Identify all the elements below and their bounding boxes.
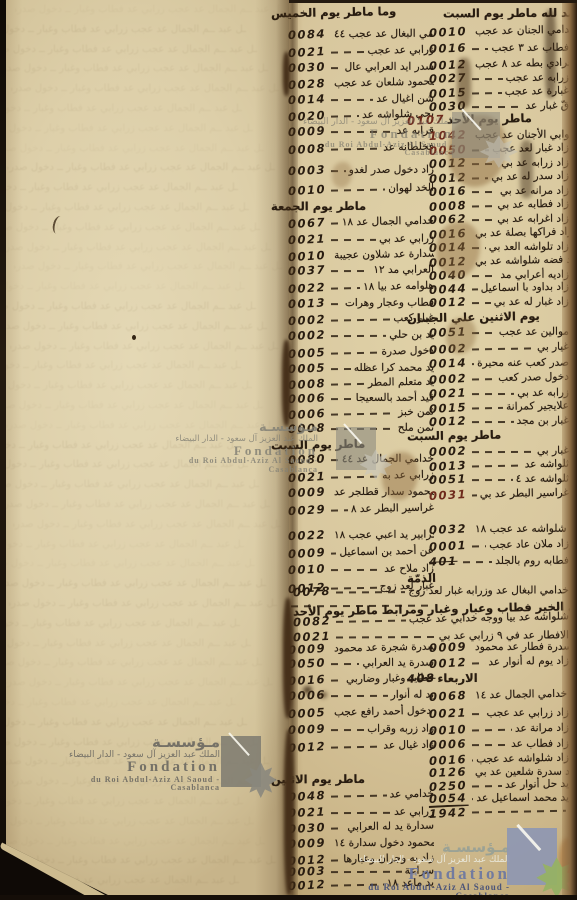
- row-amount: 0068: [429, 689, 469, 704]
- ledger-row: 0021زرابي عد عجب: [288, 43, 434, 61]
- row-dashes: [472, 545, 486, 547]
- ghost-line: ـل عبد ــم الجمال عد عجب زرابي عد فطاب و…: [0, 638, 251, 649]
- row-text: زاد غبار له عد بي: [494, 296, 569, 309]
- row-text: فطابه روم بالجلد: [495, 555, 569, 568]
- ghost-line: ـل عبد ــم الجمال عد عجب زرابي عد فطاب و…: [0, 380, 252, 391]
- ink-smear: [457, 58, 471, 108]
- ink-dot: [132, 335, 136, 340]
- gutter-blot: [283, 52, 290, 96]
- ghost-line: ـل عبد ــم الجمال عد عجب زرابي عد فطاب و…: [0, 222, 260, 233]
- row-text: موالين عد عجب: [499, 326, 569, 339]
- ledger-row: 0014صدر كعب عنه محيرة: [429, 356, 569, 372]
- row-amount: 0002: [429, 444, 469, 459]
- row-text: سدارة عد شلاون عجيبة: [334, 248, 434, 263]
- ledger-row: 0005دخول صدرة: [288, 344, 434, 362]
- scan-bottom-edge: [0, 895, 577, 900]
- row-dashes: [331, 382, 365, 385]
- ledger-row: 0009يد محمود دخول سدارة ١٤: [288, 836, 434, 852]
- foundation-logo: [336, 427, 392, 480]
- ghost-line: ـل عبد ــم الجمال عد عجب زرابي عد فطاب و…: [0, 143, 264, 154]
- row-text: زرابي عد بي: [379, 233, 434, 246]
- row-dashes: [331, 859, 340, 861]
- row-text: العرابي مد ١٢: [373, 264, 434, 277]
- row-dashes: [472, 191, 497, 193]
- row-dashes: [472, 378, 495, 380]
- row-text: زاد دخول أحمد رافع عجب: [334, 704, 434, 719]
- row-text: غراسير البطر عد بي: [480, 487, 569, 502]
- ghost-line: ـل عبد ــم الجمال عد عجب زرابي عد فطاب و…: [15, 4, 283, 15]
- row-dashes: [472, 713, 483, 715]
- ghost-line: ـل عبد ــم الجمال عد عجب زرابي عد فطاب و…: [0, 281, 245, 292]
- pen-mark: [51, 215, 66, 235]
- ledger-row: 0003زاد دخول صدر لغدو: [288, 163, 434, 179]
- row-dashes: [331, 318, 390, 321]
- row-dashes: [331, 188, 385, 191]
- foundation-logo: [452, 112, 518, 168]
- ledger-row: 0009زاد سدرة شجرة عد محمود: [288, 640, 434, 658]
- ghost-line: ـل عبد ــم الجمال عد عجب زرابي عد فطاب و…: [0, 578, 266, 589]
- ledger-row: 0010سدارة عد شلاون عجيبة: [288, 247, 434, 265]
- row-amount: 408: [407, 672, 438, 686]
- ledger-row: 0012يد ماعد ١٨: [288, 876, 434, 894]
- ledger-row: 0014شن اغيال عد: [288, 92, 434, 108]
- ledger-row: 0002دخول صدر كعب: [429, 370, 569, 388]
- ledger-row: 0022خرابير يد اعبي عجب ١٨: [288, 528, 434, 544]
- row-text: الاربعاء: [437, 672, 477, 685]
- ledger-row: 0051ثلواشه عد ٤: [429, 472, 569, 488]
- row-text: يد ماعد ١٨: [387, 877, 434, 891]
- ledger-row: 0032زاد شلواشه عد عجب ١٨: [429, 522, 569, 538]
- row-dashes: [331, 222, 339, 224]
- row-text: زاد فطاب عد: [511, 738, 569, 751]
- ledger-row: 0012زاد غبار له عد بي: [429, 295, 569, 311]
- ink-smear: [520, 140, 533, 198]
- row-text: فطاب عد ٣ عجب: [491, 42, 569, 55]
- row-dashes: [331, 694, 388, 696]
- ledger-row: 0002يد بن حلي: [288, 328, 434, 344]
- row-text: زاد غيال عد: [383, 739, 434, 753]
- ledger-row: 0037العرابي مد ١٢: [288, 263, 434, 279]
- row-text: زاد دخول صدر لغدو: [349, 164, 434, 177]
- row-dashes: [472, 219, 494, 221]
- row-dashes: [472, 784, 502, 787]
- row-text: غراسير البطر عد ٨: [351, 502, 434, 517]
- row-amount: 0002: [429, 372, 469, 387]
- ledger-row: 0078خدامي البغال عد وزرابه غبار لعد زوج: [293, 583, 569, 599]
- ledger-row: 401فطابه روم بالجلد: [429, 554, 569, 570]
- row-text: يد محمود دخول سدارة ١٤: [334, 837, 434, 851]
- ledger-row: 0048خدامي عد: [288, 787, 434, 805]
- ledger-row: 0031غراسير البطر عد بي: [429, 486, 569, 504]
- row-dashes: [472, 662, 485, 664]
- row-amount: 401: [429, 555, 460, 569]
- row-dashes: [472, 798, 473, 800]
- row-amount: 0051: [429, 472, 469, 487]
- ghost-line: ـل عبد ــم الجمال عد عجب زرابي عد فطاب و…: [0, 24, 246, 35]
- row-dashes: [472, 759, 473, 761]
- row-dashes: [331, 98, 373, 100]
- row-dashes: [331, 679, 343, 681]
- row-dashes: [331, 883, 384, 886]
- row-dashes: [331, 147, 380, 150]
- row-amount: 0010: [429, 25, 469, 40]
- row-dashes: [463, 561, 493, 563]
- row-dashes: [331, 368, 351, 370]
- row-amount: 0032: [429, 522, 469, 537]
- row-dashes: [472, 494, 477, 496]
- ledger-row: 0005زاد دخول أحمد رافع عجب: [288, 704, 434, 722]
- ledger-row: 0008يد متعلم المطر: [288, 375, 434, 393]
- row-dashes: [331, 568, 381, 570]
- row-dashes: [336, 591, 405, 593]
- row-dashes: [336, 635, 436, 638]
- ghost-line: ـل عبد ــم الجمال عد عجب زرابي عد فطاب و…: [0, 657, 262, 668]
- row-text: زاد فراكها بصلة عد بي: [475, 226, 569, 241]
- ghost-line: ـل عبد ــم الجمال عد عجب زرابي عد فطاب و…: [0, 459, 248, 470]
- ledger-row: 0068اول خدامي الجمال عد ١٤: [429, 687, 569, 705]
- row-text: عن أحمد بن اسماعيل: [339, 545, 434, 560]
- ghost-line: ـل عبد ــم الجمال عد عجب زرابي عد فطاب و…: [9, 598, 277, 609]
- row-dashes: [472, 363, 474, 365]
- row-dashes: [331, 728, 364, 730]
- ghost-line: ـل عبد ــم الجمال عد عجب زرابي عد فطاب و…: [14, 261, 282, 272]
- row-amount: 0012: [429, 656, 469, 671]
- row-dashes: [472, 77, 503, 79]
- ghost-line: ـل عبد ــم الجمال عد عجب زرابي عد فطاب و…: [0, 539, 244, 550]
- ghost-line: ـل عبد ــم الجمال عد عجب زرابي عد فطاب و…: [0, 796, 243, 807]
- row-amount: 0107: [407, 113, 448, 128]
- row-dashes: [472, 275, 497, 277]
- ghost-line: ـل عبد ــم الجمال عد عجب زرابي عد فطاب و…: [7, 162, 275, 173]
- ledger-row: 0012زاد يوم له أنوار عد: [429, 654, 569, 672]
- row-text: زاد شلواشه عد عجب ١٨: [475, 523, 569, 537]
- row-text: غبارة عد عجب: [505, 85, 569, 99]
- ledger-row: 0006زاد فطاب عد: [429, 737, 569, 753]
- ledger-row: 0008فخلطانه عد: [288, 140, 434, 158]
- ink-smear: [545, 10, 556, 98]
- ghost-line: ـل عبد ــم الجمال عد عجب زرابي عد فطاب و…: [0, 202, 249, 213]
- ledger-row: 0021زرابي عد بي: [288, 232, 434, 248]
- row-text: زاد فضه شلواشه عد بي: [475, 253, 569, 268]
- row-text: زاد بداود با اسماعيل: [481, 281, 569, 296]
- ghost-line: ـل عبد ــم الجمال عد عجب زرابي عد فطاب و…: [0, 737, 258, 748]
- ghost-line: ـل عبد ــم الجمال عد عجب زرابي عد فطاب و…: [11, 83, 279, 94]
- row-amount: 0001: [429, 539, 469, 554]
- row-text: خدامي البغال عد عجب ٤٤: [334, 28, 434, 42]
- row-dashes: [472, 48, 488, 50]
- row-amount: 0009: [429, 640, 469, 655]
- ledger-row: 0030سدر ايد العرابي عال: [288, 60, 434, 76]
- row-dashes: [331, 351, 378, 354]
- row-dashes: [331, 303, 342, 305]
- row-text: خدامي عد: [389, 788, 434, 802]
- ghost-line: ـل عبد ــم الجمال عد عجب زرابي عد فطاب و…: [0, 123, 253, 134]
- ghost-line: ـل عبد ــم الجمال عد عجب زرابي عد فطاب و…: [0, 63, 268, 74]
- row-text: زاد فطابه عد بي: [497, 198, 569, 212]
- manuscript-scan: ـل عبد ــم الجمال عد عجب زرابي عد فطاب و…: [0, 0, 577, 900]
- row-dashes: [331, 552, 336, 554]
- row-amount: 0006: [429, 737, 469, 752]
- row-dashes: [331, 398, 353, 400]
- row-dashes: [472, 478, 513, 480]
- right-page: وما ماطر يوم الخميس0084خدامي البغال عد ع…: [289, 0, 577, 900]
- row-dashes: [472, 406, 503, 409]
- row-text: الحمد لله ماطر يوم السبت: [443, 7, 577, 21]
- row-text: دخول صدرة: [381, 345, 434, 359]
- ghost-line: ـل عبد ــم الجمال عد عجب زرابي عد فطاب و…: [0, 301, 256, 312]
- ghost-line: ـل عبد ــم الجمال عد عجب زرابي عد فطاب و…: [0, 360, 241, 371]
- ghost-line: ـل عبد ــم الجمال عد عجب زرابي عد فطاب و…: [13, 519, 281, 530]
- ledger-row: 0022هلوامه عد بيا ١٨: [288, 279, 434, 297]
- ledger-row: 0030سدارة يد له العرابي: [288, 819, 434, 837]
- ghost-line: ـل عبد ــم الجمال عد عجب زرابي عد فطاب و…: [0, 717, 247, 728]
- ghost-line: ـل عبد ــم الجمال عد عجب زرابي عد فطاب و…: [0, 103, 242, 114]
- row-dashes: [331, 130, 394, 132]
- row-text: يد له أنوار: [391, 689, 434, 702]
- row-text: زاد مرانة عد: [515, 722, 569, 736]
- row-amount: 0014: [429, 356, 469, 371]
- row-text: سدر ايد العرابي عال: [345, 61, 434, 74]
- day-header-row: يوم الاثنين علي الجبنان: [407, 309, 547, 327]
- row-amount: 0012: [429, 295, 469, 310]
- ledger-row: 0028يد محمود شلعان عد عجب: [288, 75, 434, 93]
- ledger-row: 0050سدرة يد العرابي: [288, 656, 434, 672]
- row-text: اول خدامي الجمال عد ١٤: [475, 687, 569, 702]
- row-text: الخد لهوان: [388, 182, 434, 196]
- row-dashes: [472, 392, 514, 394]
- row-dashes: [331, 811, 391, 813]
- row-text: سدرة يد العرابي: [362, 657, 434, 670]
- ghost-line: ـل عبد ــم الجمال عد عجب زرابي عد فطاب و…: [10, 341, 278, 352]
- row-text: زاد سدرة شجرة عد محمود: [334, 640, 434, 655]
- ledger-row: 0013فطاب وعجار وهرات: [288, 296, 434, 312]
- row-text: زرابي عد عجب: [367, 44, 434, 58]
- row-dashes: [472, 420, 514, 422]
- row-amount: 0016: [429, 184, 469, 199]
- page-stack-edge: [562, 0, 577, 900]
- row-text: خدامي البغال عد وزرابه غبار لعد زوج: [408, 584, 569, 598]
- day-header-row: ماطر يوم السبت: [407, 427, 547, 445]
- row-dashes: [331, 334, 386, 336]
- ledger-row: 0029غراسير البطر عد ٨: [288, 501, 434, 519]
- row-dashes: [331, 745, 380, 748]
- ghost-line: ـل عبد ــم الجمال عد عجب زرابي عد فطاب و…: [0, 697, 236, 708]
- row-dashes: [472, 205, 495, 207]
- row-amount: 0012: [429, 414, 469, 429]
- row-amount: 0010: [429, 723, 469, 738]
- ghost-line: ـل عبد ــم الجمال عد عجب زرابي عد فطاب و…: [0, 44, 257, 55]
- row-text: يد محمد كرا عظله: [354, 362, 434, 375]
- row-text: زاد سدرة فطار عد محمود: [475, 641, 569, 655]
- ghost-line: ـل عبد ــم الجمال عد عجب زرابي عد فطاب و…: [2, 499, 270, 510]
- day-header-row: 408الاربعاء: [407, 671, 547, 687]
- row-dashes: [331, 663, 359, 665]
- row-amount: 0021: [429, 386, 469, 401]
- row-dashes: [472, 809, 566, 813]
- ledger-row: 1942: [429, 803, 569, 821]
- row-text: فخلطانه عد: [383, 141, 434, 155]
- ghost-line: ـل عبد ــم الجمال عد عجب زرابي عد فطاب و…: [3, 242, 271, 253]
- row-dashes: [331, 238, 376, 240]
- row-text: علايجير كمرانة: [506, 400, 569, 414]
- row-amount: 0016: [429, 41, 469, 56]
- ghost-line: ـل عبد ــم الجمال عد عجب زرابي عد فطاب و…: [0, 479, 259, 490]
- row-text: زاد يوم له أنوار عد: [488, 655, 569, 670]
- row-amount: 0021: [429, 706, 469, 721]
- ghost-line: ـل عبد ــم الجمال عد عجب زرابي عد فطاب و…: [0, 182, 238, 193]
- row-text: شن اغيال عد: [376, 93, 434, 106]
- ledger-row: 0009زاد سدرة فطار عد محمود: [429, 640, 569, 656]
- ledger-row: 0012زاد غيال عد: [288, 738, 434, 756]
- row-amount: 0031: [429, 488, 469, 503]
- row-dashes: [331, 827, 344, 829]
- gutter-blot: [283, 598, 293, 718]
- ghost-line: ـل عبد ــم الجمال عد عجب زرابي عد فطاب و…: [0, 400, 263, 411]
- ghost-line: ـل عبد ــم الجمال عد عجب زرابي عد فطاب و…: [8, 855, 276, 866]
- row-text: يد محمود شلعان عد عجب: [334, 75, 434, 90]
- row-text: زاد ملان عاد عجب: [489, 538, 569, 553]
- ghost-line: ـل عبد ــم الجمال عد عجب زرابي عد فطاب و…: [0, 618, 240, 629]
- row-dashes: [472, 288, 478, 290]
- row-text: خرابير يد اعبي عجب ١٨: [334, 529, 434, 543]
- ledger-row: 0009زاد زربه وقراب: [288, 722, 434, 738]
- row-text: زاد زربه وقراب: [367, 723, 434, 736]
- gutter-blot: [282, 340, 291, 426]
- row-dashes: [472, 743, 508, 745]
- ledger-row: 0010زاد مرانة عد: [429, 721, 569, 739]
- row-dashes: [472, 450, 534, 452]
- ledger-row: 0084خدامي البغال عد عجب ٤٤: [288, 27, 434, 43]
- row-text: صدر كعب عنه محيرة: [477, 357, 569, 370]
- ledger-row: 0010الخد لهوان: [288, 181, 434, 199]
- row-text: زاد زرابي عد عجب: [486, 707, 569, 720]
- ghost-line: ـل عبد ــم الجمال عد عجب زرابي عد فطاب و…: [0, 816, 254, 827]
- row-dashes: [331, 287, 360, 290]
- row-dashes: [472, 302, 491, 304]
- row-text: هلوامه عد بيا ١٨: [363, 280, 434, 294]
- row-text: دخول صدر كعب: [498, 371, 569, 385]
- ghost-line: ـل عبد ــم الجمال عد عجب زرابي عد فطاب و…: [0, 836, 265, 847]
- foundation-logo: [221, 736, 277, 798]
- row-text: يد بن حلي: [389, 329, 434, 342]
- row-dashes: [331, 115, 359, 118]
- ledger-row: 0067خدامي الجمال عد ١٨: [288, 214, 434, 232]
- scan-top-edge: [289, 0, 577, 3]
- row-text: خدامي الجمال عد ١٨: [342, 215, 434, 230]
- row-dashes: [331, 870, 402, 872]
- ghost-line: ـل عبد ــم الجمال عد عجب زرابي عد فطاب و…: [5, 677, 273, 688]
- row-text: يد متعلم المطر: [368, 376, 434, 390]
- row-amount: 0078: [293, 585, 333, 600]
- row-dashes: [336, 619, 406, 622]
- row-amount: 1942: [429, 804, 470, 820]
- ghost-line: ـل عبد ــم الجمال عد عجب زرابي عد فطاب و…: [0, 558, 255, 569]
- row-dashes: [472, 728, 512, 731]
- gutter-blot: [284, 730, 294, 895]
- row-dashes: [331, 50, 364, 53]
- row-dashes: [472, 347, 534, 350]
- row-text: فطاب وعجار وهرات: [345, 297, 434, 310]
- row-dashes: [472, 105, 522, 107]
- row-dashes: [331, 269, 370, 271]
- row-text: ماطر يوم السبت: [407, 429, 501, 444]
- row-dashes: [472, 464, 522, 467]
- row-text: سدارة يد له العرابي: [347, 820, 434, 835]
- row-dashes: [331, 412, 395, 415]
- row-dashes: [331, 509, 348, 511]
- scan-left-edge: [0, 0, 6, 900]
- row-dashes: [331, 67, 342, 69]
- ledger-row: 0006ثمن خبز: [288, 405, 434, 423]
- row-text: قيد أحمد بالسعيجا: [356, 392, 434, 405]
- ledger-row: 0021زاد زرابي عد عجب: [429, 706, 569, 722]
- row-dashes: [331, 794, 387, 797]
- ghost-line: ـل عبد ــم الجمال عد عجب زرابي عد فطاب و…: [6, 420, 274, 431]
- ledger-row: 0009عن أحمد بن اسماعيل: [288, 544, 434, 562]
- ghost-line: ـل عبد ــم الجمال عد عجب زرابي عد فطاب و…: [0, 440, 237, 451]
- ledger-row: 0001زاد ملان عاد عجب: [429, 537, 569, 555]
- row-dashes: [472, 91, 502, 94]
- ghost-line: ـل عبد ــم الجمال عد عجب زرابي عد فطاب و…: [0, 321, 267, 332]
